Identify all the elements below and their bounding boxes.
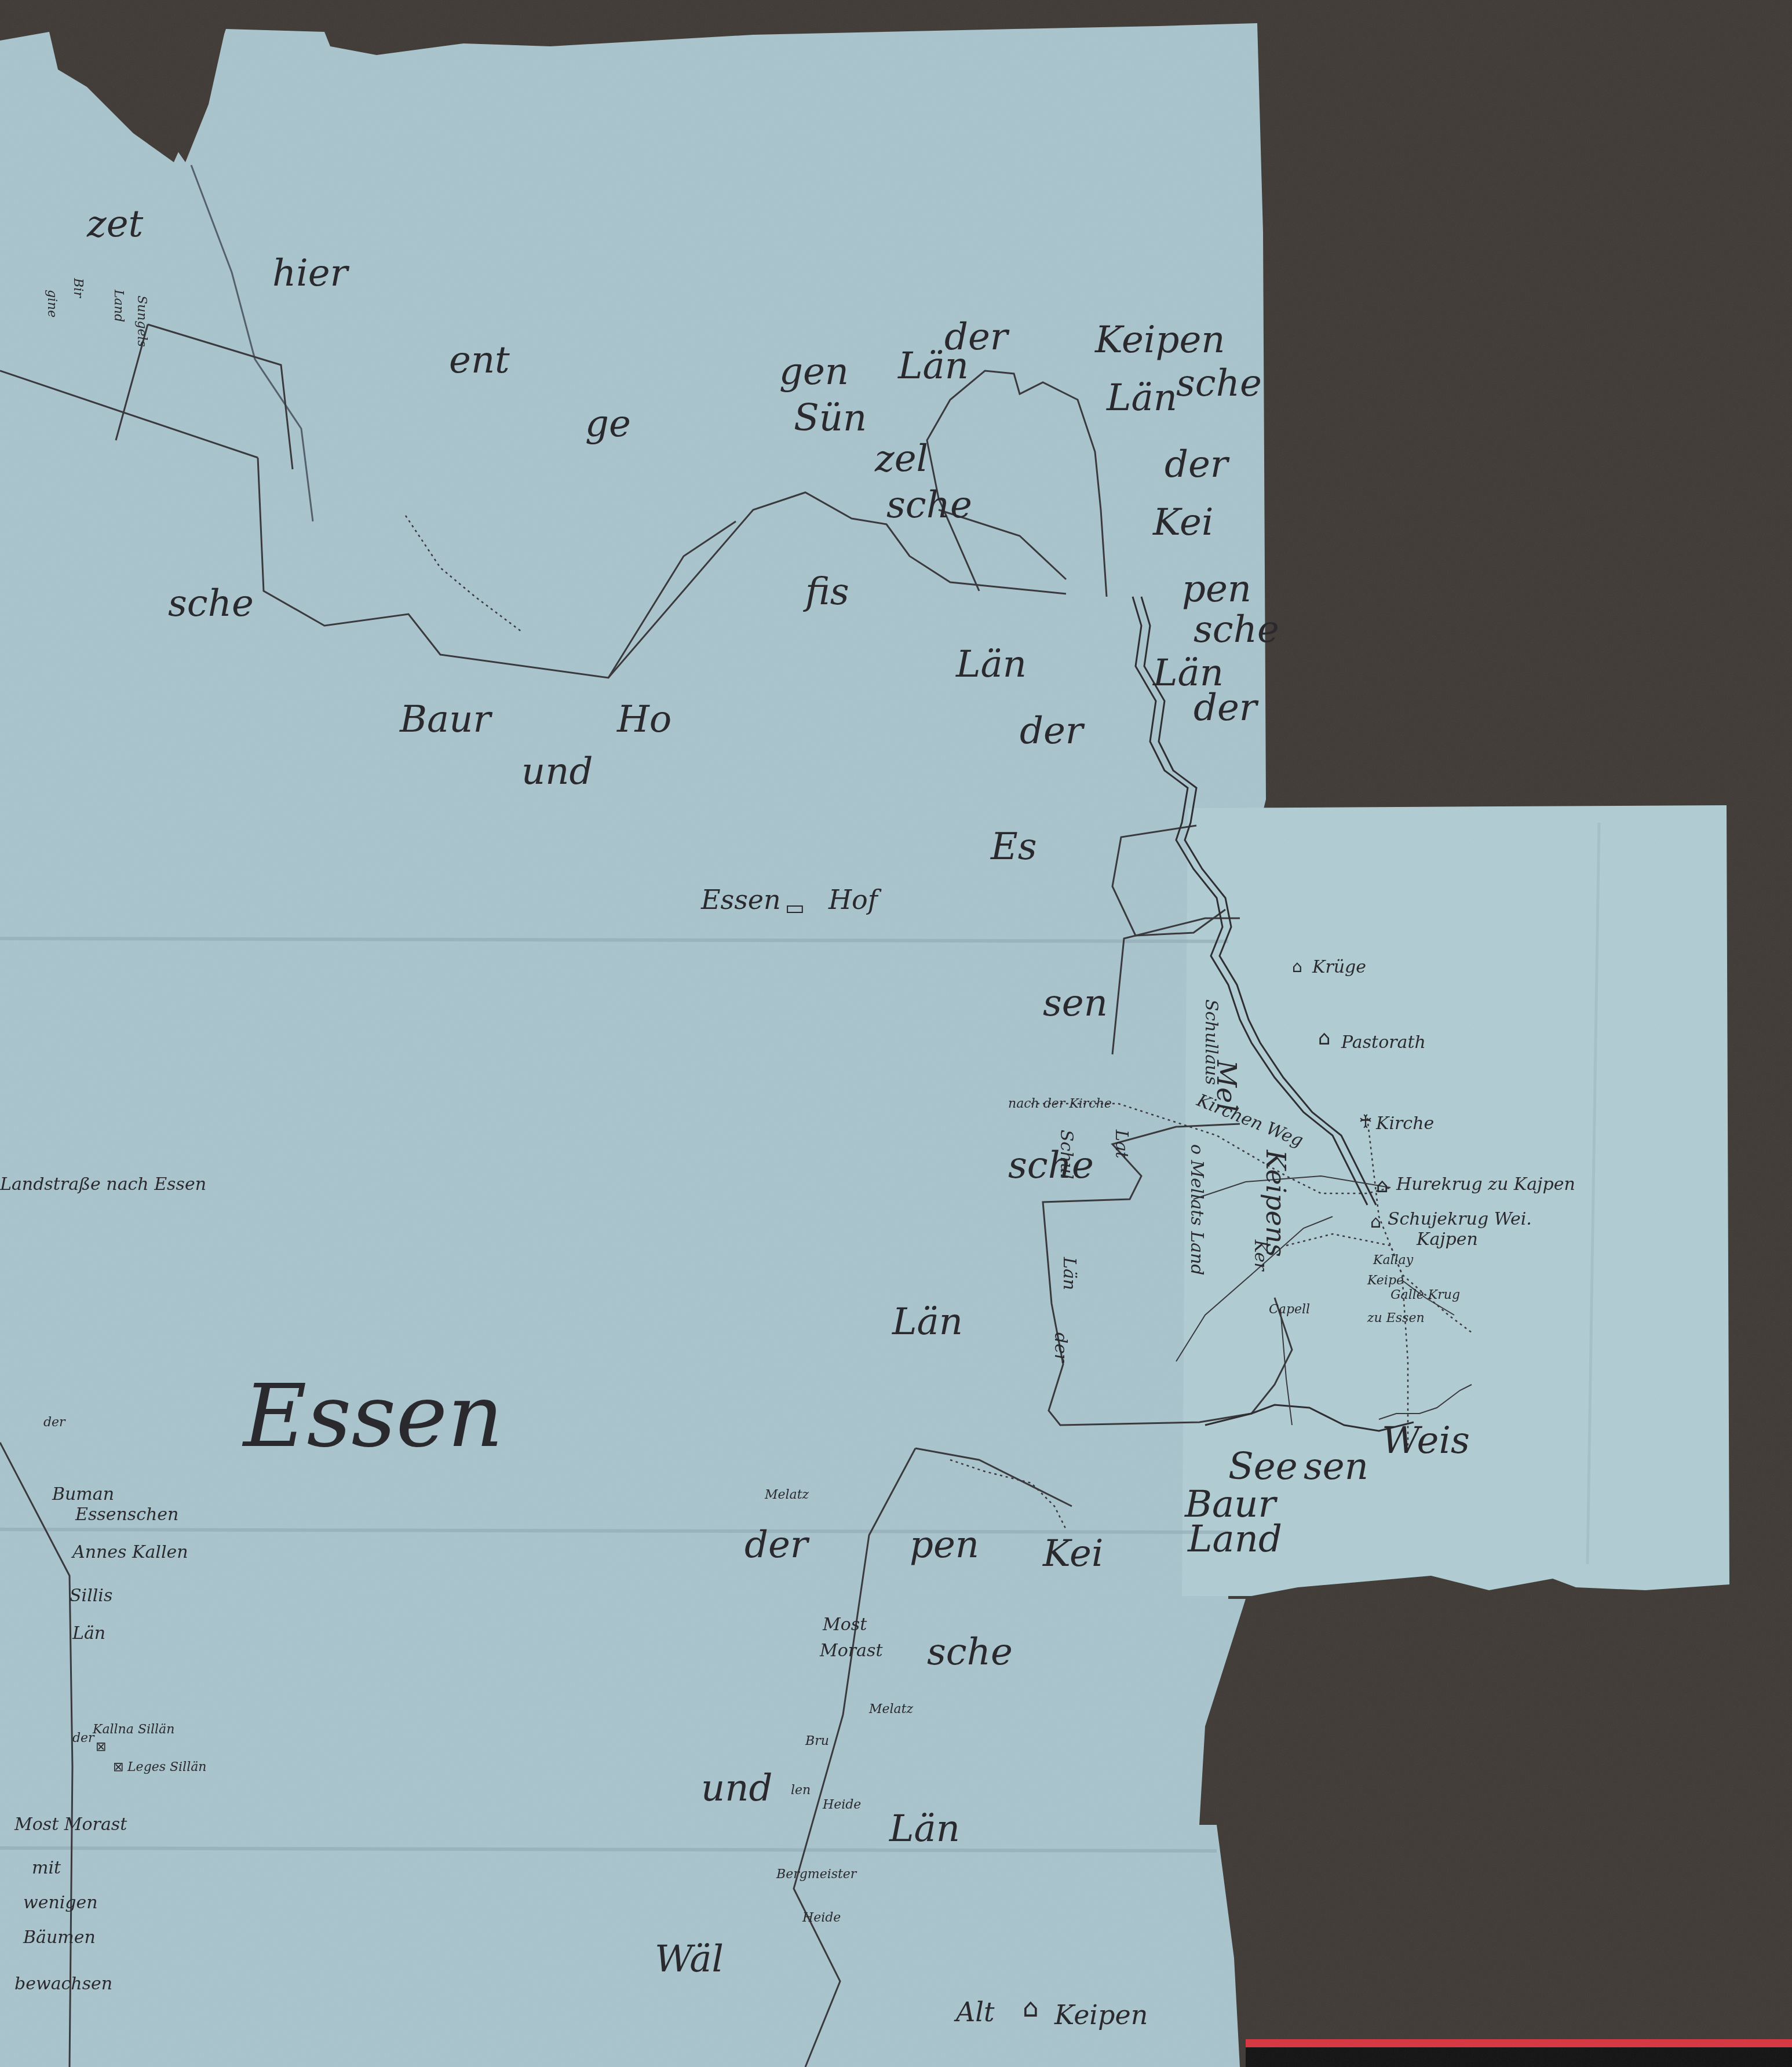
label-capell: Capell xyxy=(1269,1303,1310,1316)
label-pastorath: Pastorath xyxy=(1341,1034,1426,1051)
label-keipe: Keipe xyxy=(1367,1274,1404,1287)
pastorate-icon: ⌂ xyxy=(1318,1028,1331,1048)
label-lan-bl: Län xyxy=(72,1625,105,1642)
label-land-small: Land xyxy=(112,290,125,322)
label-wal: Wäl xyxy=(655,1941,724,1978)
label-heide-2: Heide xyxy=(802,1912,841,1924)
label-galle-krug: Galle Krug xyxy=(1390,1289,1460,1302)
label-sche-bc: sche xyxy=(927,1634,1013,1671)
label-wenigen: wenigen xyxy=(23,1894,98,1912)
label-kruge: Krüge xyxy=(1312,959,1366,976)
label-lan-mid: Län xyxy=(892,1303,963,1341)
church-icon: ♰ xyxy=(1359,1112,1373,1131)
label-lan-tr1: Län xyxy=(1107,379,1177,417)
label-der-tr2: der xyxy=(1194,689,1257,726)
label-kallay: Kallay xyxy=(1373,1254,1413,1267)
label-mellats-land: o Mellats Land xyxy=(1188,1144,1205,1275)
label-schujekrug: Schujekrug Wei. xyxy=(1388,1211,1532,1228)
label-sche-mid: sche xyxy=(1008,1147,1094,1184)
label-lan-tr3: Län xyxy=(956,646,1027,683)
label-most: Most xyxy=(823,1616,867,1634)
label-sun: Sün xyxy=(794,400,867,437)
old-keipen-house-icon: ⌂ xyxy=(1023,1996,1039,2021)
label-kei-bc: Kei xyxy=(1043,1535,1103,1572)
label-sen-attached: sen xyxy=(1304,1448,1368,1485)
label-len: len xyxy=(791,1784,811,1797)
label-sche-left: sche xyxy=(168,585,254,622)
label-most-morast-bl: Most Morast xyxy=(14,1816,127,1834)
label-essen-hof-1: Essen xyxy=(701,886,781,913)
label-der-bc: der xyxy=(744,1526,808,1564)
label-der-bl1: der xyxy=(43,1416,65,1429)
inn-icon: ⌂ xyxy=(1292,959,1302,975)
label-morast: Morast xyxy=(820,1642,882,1660)
map-scan: zet hier ent ge sche Baur Ho und Bir gin… xyxy=(0,0,1792,2067)
farm-icon-kallna: ⊠ xyxy=(96,1741,106,1754)
label-weis: Weis xyxy=(1382,1422,1470,1459)
label-mit: mit xyxy=(32,1860,61,1877)
label-melatz-2: Melatz xyxy=(869,1703,913,1716)
label-baumen: Bäumen xyxy=(23,1929,96,1947)
label-und-bc: und xyxy=(701,1770,772,1807)
label-zel: zel xyxy=(875,440,928,477)
label-essenschen: Essenschen xyxy=(75,1506,178,1524)
label-lan-bc: Län xyxy=(889,1810,960,1847)
label-sillis: Sillis xyxy=(70,1587,112,1605)
label-zet: zet xyxy=(87,206,143,243)
label-hurekrug: Hurekrug zu Kajpen xyxy=(1396,1176,1575,1193)
label-bewachsen: bewachsen xyxy=(14,1975,112,1993)
label-alt-keipen: Keipen xyxy=(1054,2002,1148,2028)
label-schul: Schul xyxy=(1057,1130,1075,1179)
label-der-tr1: der xyxy=(1165,446,1228,483)
label-es: Es xyxy=(991,828,1037,865)
label-bir: Bir xyxy=(71,278,84,298)
label-gine: gine xyxy=(45,290,58,317)
label-hier: hier xyxy=(272,255,348,292)
label-bergmeister: Bergmeister xyxy=(776,1868,856,1881)
label-der-tr3: der xyxy=(1020,713,1083,750)
label-lan-top: Län xyxy=(898,348,969,385)
label-zu-essen: zu Essen xyxy=(1367,1312,1425,1325)
label-land-attached: Land xyxy=(1188,1521,1282,1558)
label-hof: Hof xyxy=(829,886,878,913)
label-ker: Ker xyxy=(1251,1240,1269,1271)
schujekrug-icon: ⌂ xyxy=(1370,1214,1381,1231)
label-heide-1: Heide xyxy=(823,1799,861,1812)
map-drawing xyxy=(0,0,1792,2067)
label-pen: pen xyxy=(1182,571,1251,608)
label-ho: Ho xyxy=(617,701,671,738)
label-bru: Bru xyxy=(805,1735,829,1748)
label-nach-der-kirche: nach der Kirche xyxy=(1008,1098,1112,1111)
label-sen: sen xyxy=(1043,985,1108,1022)
label-road-to-essen: Landstraße nach Essen xyxy=(0,1176,206,1193)
label-der-mid-small: der xyxy=(1052,1332,1069,1362)
label-alt: Alt xyxy=(956,1999,994,2025)
label-sche-tr2: sche xyxy=(1194,611,1279,648)
estate-icon: ▭ xyxy=(785,898,805,919)
label-kallna-sillan: Kallna Sillän xyxy=(93,1723,174,1736)
label-fis: fis xyxy=(805,574,849,611)
label-ent: ent xyxy=(449,342,510,379)
label-melatz-1: Melatz xyxy=(765,1489,809,1502)
label-sungels: Sungels xyxy=(135,295,148,347)
label-sche-center: sche xyxy=(886,487,972,524)
label-see: See xyxy=(1228,1448,1298,1485)
label-ge: ge xyxy=(585,406,631,443)
label-leges-sillan: Leges Sillän xyxy=(127,1761,206,1774)
label-gen: gen xyxy=(779,353,849,390)
label-keipen-top: Keipen xyxy=(1095,322,1225,359)
label-der-bl2: der xyxy=(72,1732,94,1745)
label-lan-mid-small: Län xyxy=(1060,1257,1078,1290)
label-kajpen: Kajpen xyxy=(1417,1231,1478,1248)
label-annes-kallen: Annes Kallen xyxy=(72,1544,188,1561)
label-lat: Lat xyxy=(1112,1130,1130,1159)
label-sche-tr1: sche xyxy=(1176,365,1262,402)
label-kirche: Kirche xyxy=(1376,1115,1434,1133)
label-pen-bc: pen xyxy=(910,1526,979,1564)
label-buman: Buman xyxy=(52,1486,114,1503)
label-kei: Kei xyxy=(1153,504,1213,541)
hurekrug-icon: ⌂ xyxy=(1376,1176,1389,1196)
label-essen-region: Essen xyxy=(243,1373,503,1460)
farm-icon-leges: ⊠ xyxy=(113,1761,123,1774)
label-und: und xyxy=(521,753,593,790)
label-baur: Baur xyxy=(400,701,491,738)
